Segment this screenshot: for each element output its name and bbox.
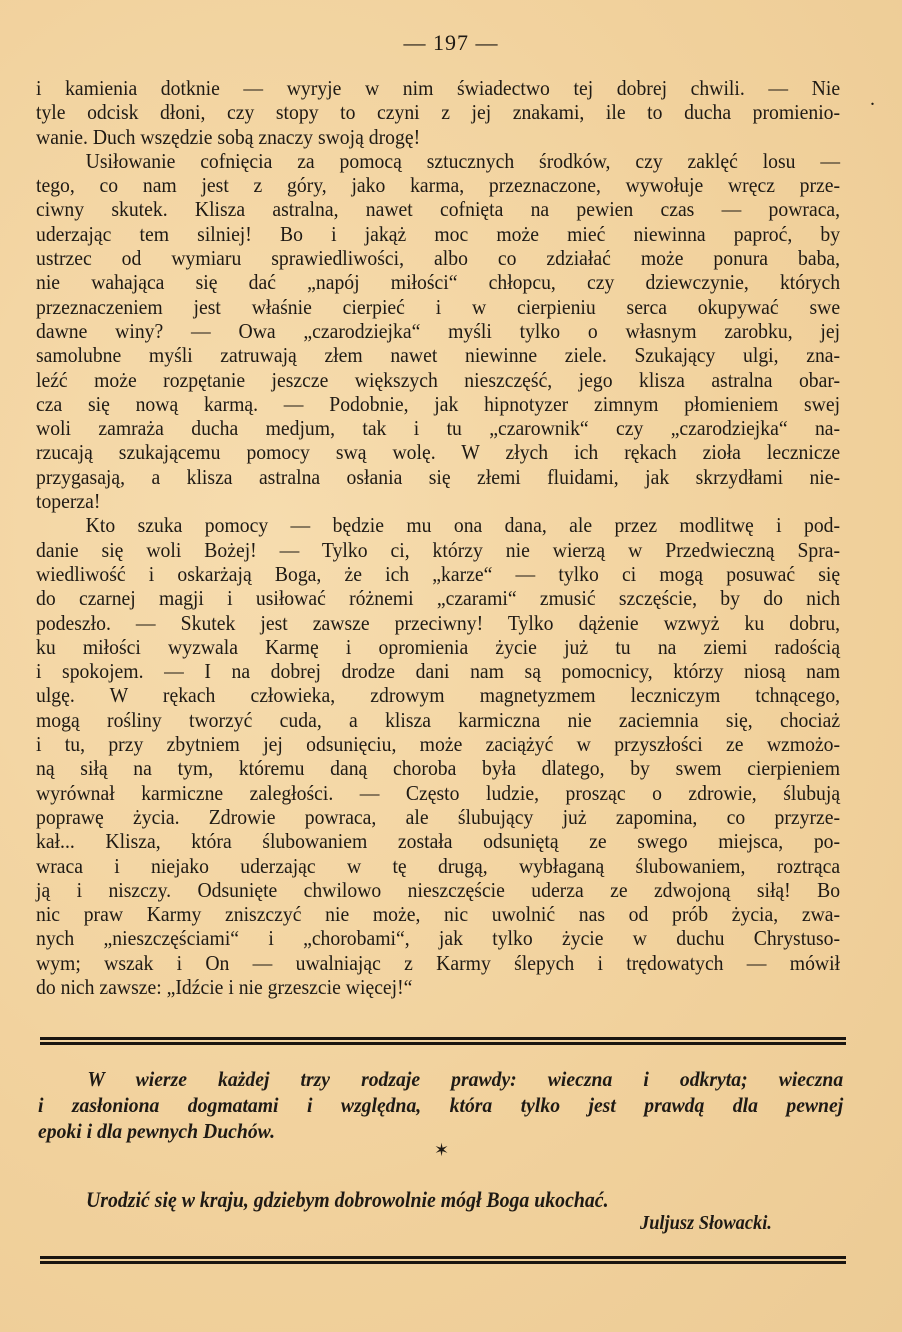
text-line: rzucają szukającemu pomocy swą wolę. W z… xyxy=(36,440,840,464)
text-line: do czarnej magji i usiłować różnemi „cza… xyxy=(36,586,840,610)
text-line: ulgę. W rękach człowieka, zdrowym magnet… xyxy=(36,683,840,707)
text-line: ną siłą na tym, któremu daną choroba był… xyxy=(36,756,840,780)
double-rule-top xyxy=(40,1037,846,1045)
text-line: mogą rośliny tworzyć cuda, a klisza karm… xyxy=(36,708,840,732)
text-line: wraca i niejako uderzając w tę drugą, wy… xyxy=(36,854,840,878)
text-line: toperza! xyxy=(36,489,840,513)
epigraph-text: Urodzić się w kraju, gdziebym dobrowolni… xyxy=(86,1186,806,1214)
quote-line: W wierze każdej trzy rodzaje prawdy: wie… xyxy=(38,1066,843,1092)
page-number: — 197 — xyxy=(0,30,902,56)
text-line: i tu, przy zbytniem jej odsunięciu, może… xyxy=(36,732,840,756)
text-line: danie się woli Bożej! — Tylko ci, którzy… xyxy=(36,538,840,562)
paragraph-start-line: Kto szuka pomocy — będzie mu ona dana, a… xyxy=(36,513,840,537)
text-line: leźć może rozpętanie jeszcze większych n… xyxy=(36,368,840,392)
text-line: do nich zawsze: „Idźcie i nie grzeszcie … xyxy=(36,975,840,999)
margin-mark: . xyxy=(870,88,875,111)
text-line: wanie. Duch wszędzie sobą znaczy swoją d… xyxy=(36,125,840,149)
text-line: wiedliwość i oskarżają Boga, że ich „kar… xyxy=(36,562,840,586)
text-line: i spokojem. — I na dobrej drodze dani na… xyxy=(36,659,840,683)
body-text: i kamienia dotknie — wyryje w nim świade… xyxy=(36,76,840,999)
text-line: ciwny skutek. Klisza astralna, nawet cof… xyxy=(36,197,840,221)
text-line: cza się nową karmą. — Podobnie, jak hipn… xyxy=(36,392,840,416)
text-line: nych „nieszczęściami“ i „chorobami“, jak… xyxy=(36,926,840,950)
star-separator-icon: ✶ xyxy=(434,1140,449,1161)
text-line: poprawę życia. Zdrowie powraca, ale ślub… xyxy=(36,805,840,829)
paragraph-start-line: Usiłowanie cofnięcia za pomocą sztucznyc… xyxy=(36,149,840,173)
epigraph-author: Juljusz Słowacki. xyxy=(640,1212,772,1235)
quote-line: i zasłoniona dogmatami i względna, która… xyxy=(38,1092,843,1118)
text-line: nic praw Karmy zniszczyć nie może, nic u… xyxy=(36,902,840,926)
text-line: ją i niszczy. Odsunięte chwilowo nieszcz… xyxy=(36,878,840,902)
text-line: i kamienia dotknie — wyryje w nim świade… xyxy=(36,76,840,100)
text-line: ku miłości wyzwala Karmę i opromienia ży… xyxy=(36,635,840,659)
text-line: przygasają, a klisza astralna osłania si… xyxy=(36,465,840,489)
text-line: kał... Klisza, która ślubowaniem została… xyxy=(36,829,840,853)
text-line: wyrównał karmiczne zaległości. — Często … xyxy=(36,781,840,805)
text-line: podeszło. — Skutek jest zawsze przeciwny… xyxy=(36,611,840,635)
text-line: uderzając tem silniej! Bo i jakąż moc mo… xyxy=(36,222,840,246)
text-line: przeznaczeniem jest właśnie cierpieć i w… xyxy=(36,295,840,319)
text-line: woli zamraża ducha medjum, tak i tu „cza… xyxy=(36,416,840,440)
quote-block: W wierze każdej trzy rodzaje prawdy: wie… xyxy=(38,1066,843,1144)
text-line: tyle odcisk dłoni, czy stopy to czyni z … xyxy=(36,100,840,124)
text-line: wym; wszak i On — uwalniając z Karmy śle… xyxy=(36,951,840,975)
text-line: samolubne myśli zatruwają złem nawet nie… xyxy=(36,343,840,367)
text-line: dawne winy? — Owa „czarodziejka“ myśli t… xyxy=(36,319,840,343)
text-line: nie wahająca się dać „napój miłości“ chł… xyxy=(36,270,840,294)
double-rule-bottom xyxy=(40,1256,846,1264)
text-line: ustrzec od wymiaru sprawiedliwości, albo… xyxy=(36,246,840,270)
text-line: tego, co nam jest z góry, jako karma, pr… xyxy=(36,173,840,197)
